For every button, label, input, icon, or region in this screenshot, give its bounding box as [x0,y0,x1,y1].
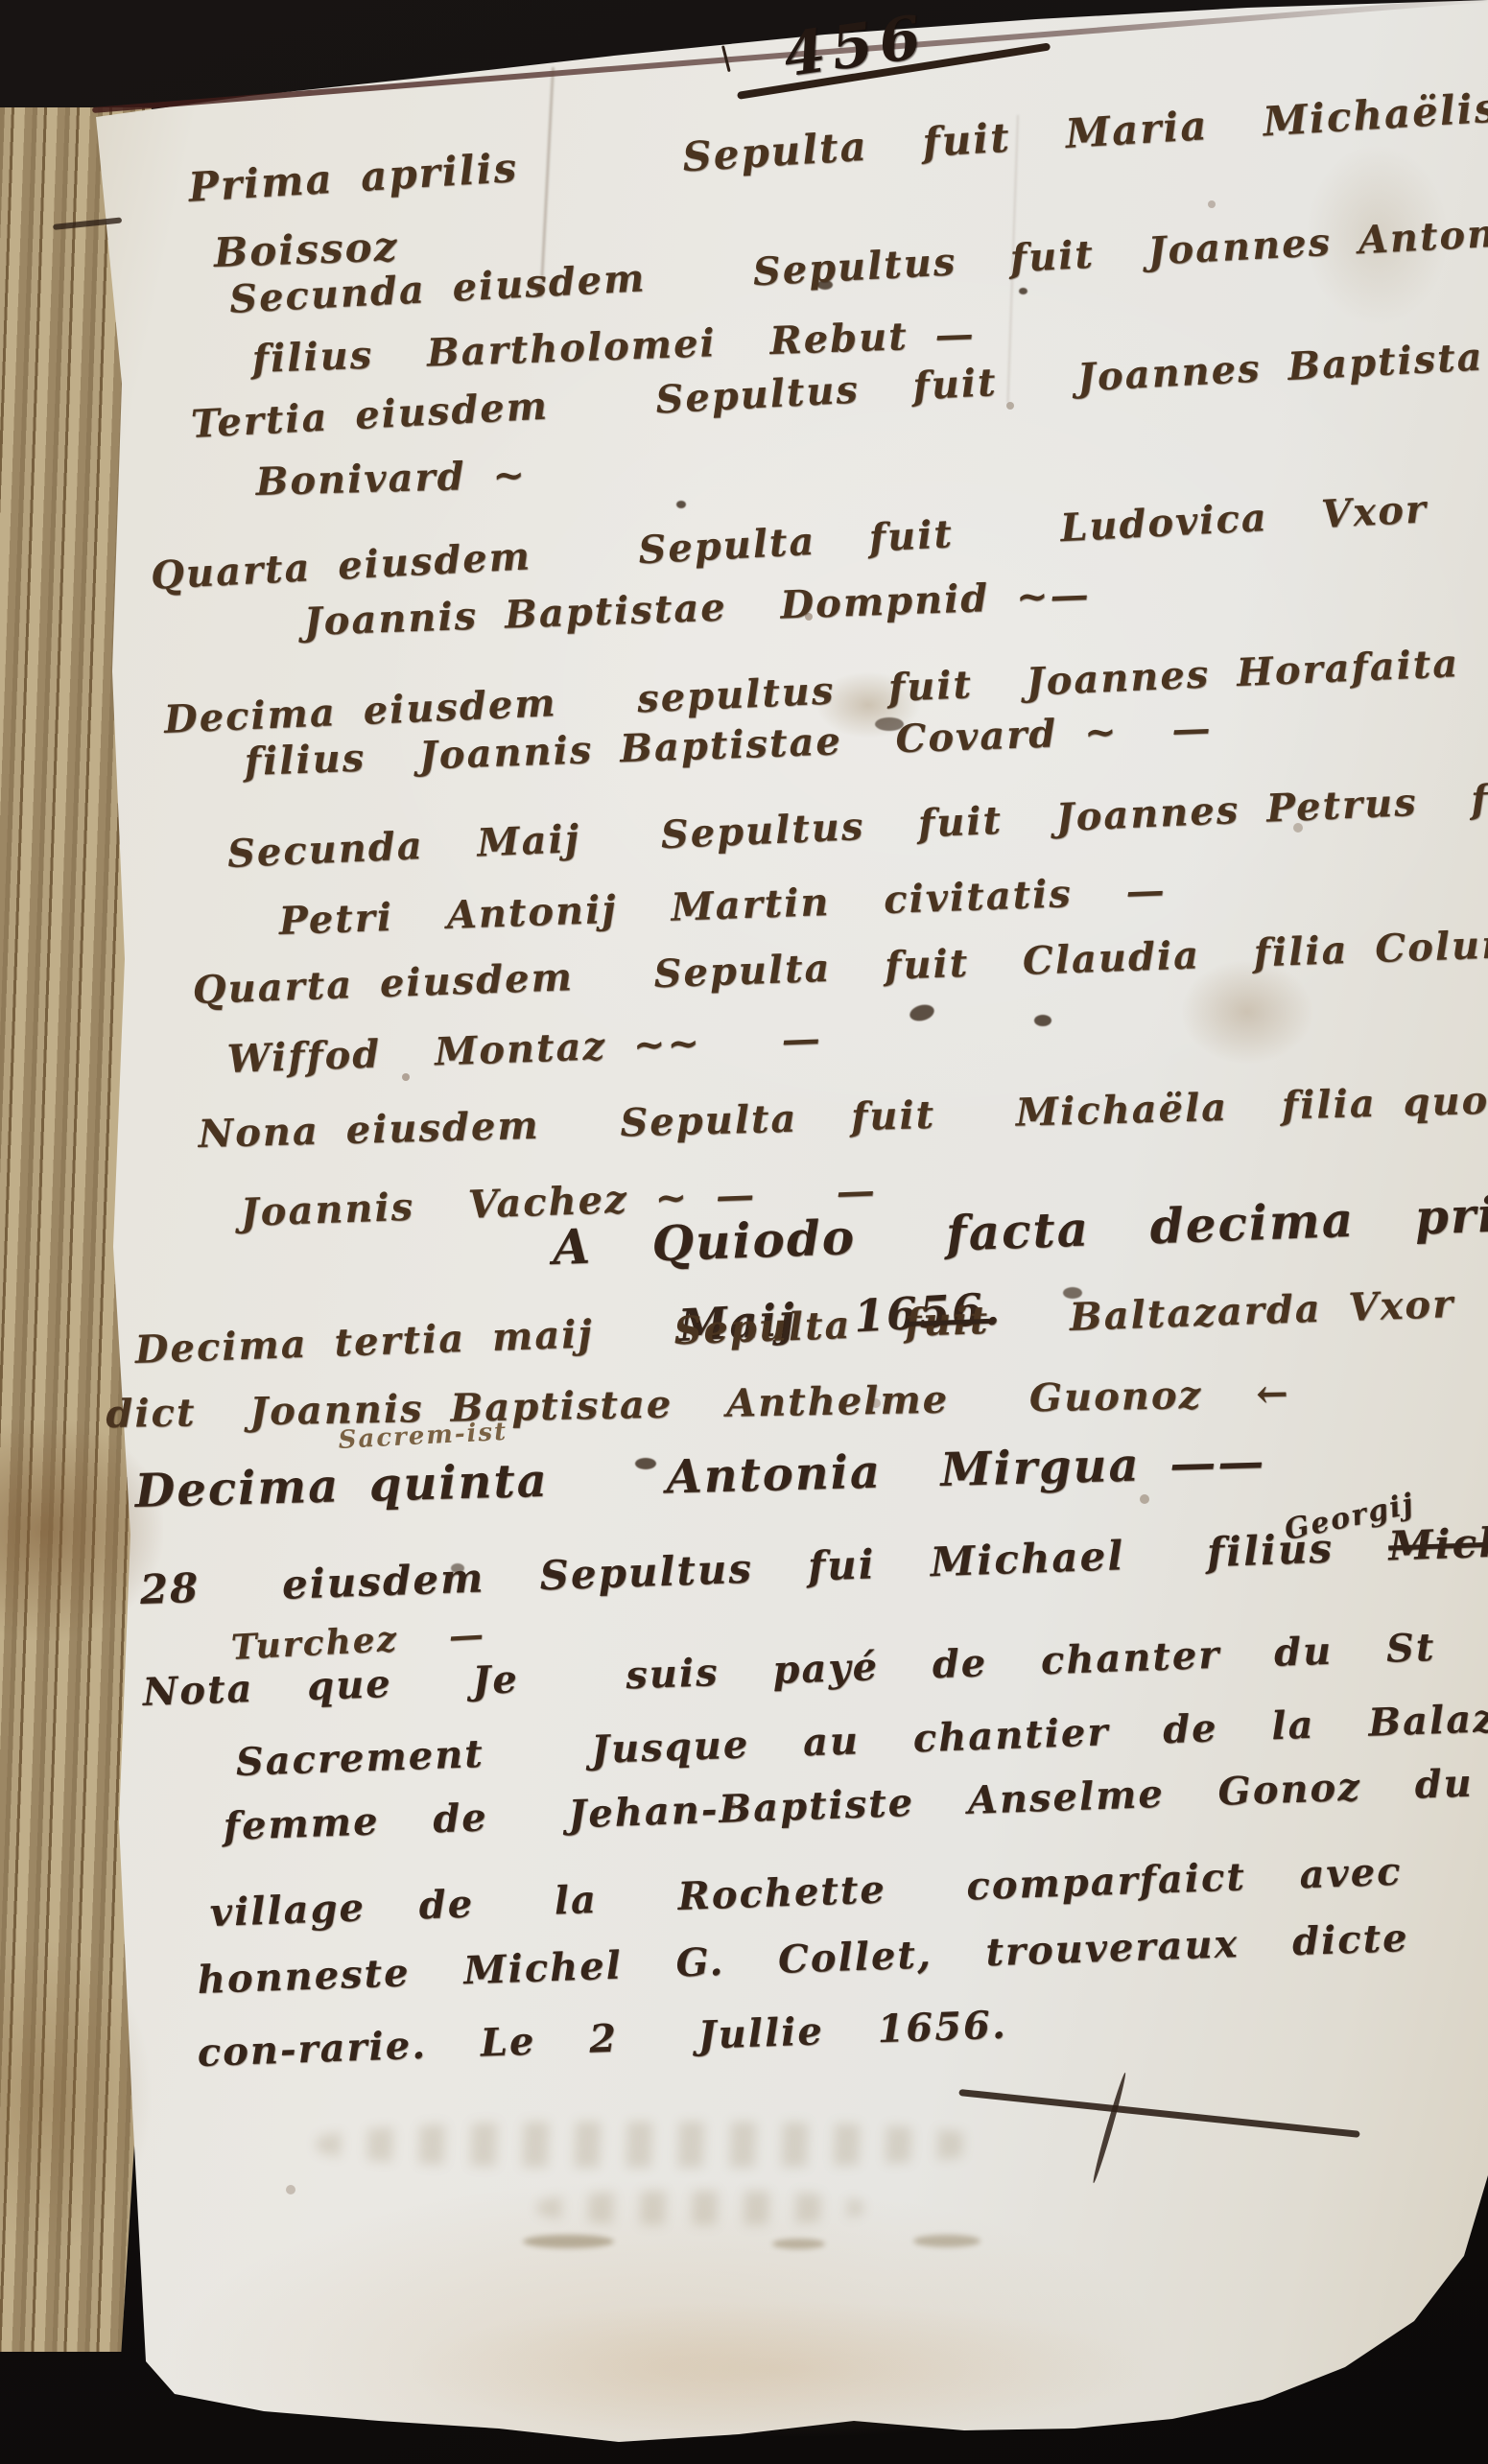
manuscript-line: Prima aprilis Sepulta fuit Maria Michaël… [187,84,1488,211]
line-text: Secunda Maij Sepultus fuit Joannes Petru… [226,772,1488,877]
manuscript-line: Decima quinta Antonia Mirgua —— [134,1436,1266,1518]
line-text: Nona eiusdem Sepulta fuit Michaëla filia… [198,1075,1488,1157]
line-text: dict Joannis Baptistae Anthelme Guonoz ← [106,1371,1290,1437]
manuscript-line: Sacrem-ist [338,1419,508,1456]
handwriting-layer: Prima aprilis Sepulta fuit Maria Michaël… [0,0,1488,2464]
scanned-register-page: 456 Prima aprilis Sepulta fuit Maria Mic… [0,0,1488,2464]
line-text: 28 eiusdem Sepultus fui Michael filius [139,1523,1389,1613]
manuscript-line: Boissoz [213,223,399,276]
line-text: con-rarie. Le 2 Jullie 1656. [197,2003,1008,2076]
line-text: Boissoz [213,223,399,276]
line-text: Baltazarda Vxor [988,1281,1455,1343]
line-text: Bonivard ~ [255,453,528,505]
manuscript-line: Secunda Maij Sepultus fuit Joannes Petru… [226,773,1488,877]
line-text: Decima quinta Antonia Mirgua —— [134,1435,1266,1518]
manuscript-line: Wiffod Montaz ~~ — [226,1017,822,1082]
manuscript-line: Petri Antonij Martin civitatis — [278,869,1167,944]
manuscript-line: Nona eiusdem Sepulta fuit Michaëla filia… [198,1076,1488,1157]
line-text: Prima aprilis Sepulta fuit Maria Michaël… [187,83,1488,210]
line-text: Decima tertia maij Sepulta [134,1301,906,1373]
manuscript-line: Bonivard ~ [255,454,528,505]
line-text: Wiffod Montaz ~~ — [226,1016,822,1082]
manuscript-line: con-rarie. Le 2 Jullie 1656. [197,2004,1007,2076]
struck-word: fuit [904,1298,990,1346]
line-text: Secunda eiusdem Sepultus fuit Joannes An… [228,207,1488,322]
line-text: Petri Antonij Martin civitatis — [278,868,1167,944]
manuscript-line: dict Joannis Baptistae Anthelme Guonoz ← [106,1372,1290,1437]
manuscript-line: Secunda eiusdem Sepultus fuit Joannes An… [228,208,1488,322]
